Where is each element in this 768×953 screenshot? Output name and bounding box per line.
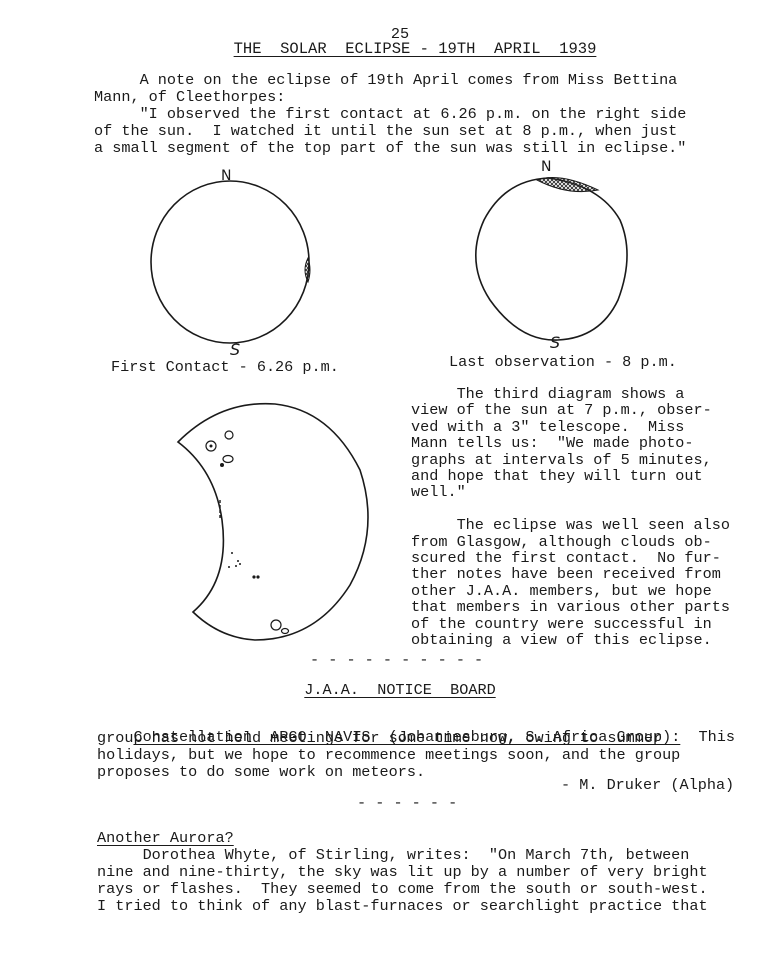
aurora-line: rays or flashes. They seemed to come fro… <box>97 881 708 898</box>
side-text-line: that members in various other parts <box>411 599 730 616</box>
notice-line: group has not held meetings for some tim… <box>97 730 662 747</box>
side-text-line: Mann tells us: "We made photo- <box>411 435 694 452</box>
first-contact-caption: First Contact - 6.26 p.m. <box>111 359 339 376</box>
last-observation-caption: Last observation - 8 p.m. <box>449 354 677 371</box>
side-text-line: The eclipse was well seen also <box>411 517 730 534</box>
sunspot <box>223 456 233 463</box>
side-text-line: view of the sun at 7 p.m., obser- <box>411 402 712 419</box>
side-text-line: obtaining a view of this eclipse. <box>411 632 712 649</box>
aurora-line: nine and nine-thirty, the sky was lit up… <box>97 864 708 881</box>
sunspot <box>225 431 233 439</box>
notice-item-text: This <box>680 728 735 746</box>
sunspot <box>271 620 281 630</box>
moon-shadow-top <box>537 178 598 192</box>
side-text-line: well." <box>411 484 466 501</box>
last-north-label: N <box>541 159 551 176</box>
separator: - - - - - - <box>357 795 457 812</box>
last-south-label: S <box>550 334 560 351</box>
aurora-line: Dorothea Whyte, of Stirling, writes: "On… <box>97 847 689 864</box>
side-text-line: ther notes have been received from <box>411 566 721 583</box>
notice-line: proposes to do some work on meteors. <box>97 764 425 781</box>
notice-line: holidays, but we hope to recommence meet… <box>97 747 680 764</box>
first-north-label: N <box>221 168 231 185</box>
aurora-heading: Another Aurora? <box>97 830 234 847</box>
last-observation-diagram <box>476 178 627 341</box>
moon-shadow-right <box>305 258 310 282</box>
first-south-label: S <box>230 341 240 358</box>
first-contact-diagram <box>151 181 310 343</box>
separator: - - - - - - - - - - <box>310 652 483 669</box>
aurora-line: I tried to think of any blast-furnaces o… <box>97 898 708 915</box>
notice-board-heading: J.A.A. NOTICE BOARD <box>0 682 768 699</box>
notice-signature: - M. Druker (Alpha) <box>561 777 734 794</box>
seven-pm-diagram <box>178 404 368 640</box>
